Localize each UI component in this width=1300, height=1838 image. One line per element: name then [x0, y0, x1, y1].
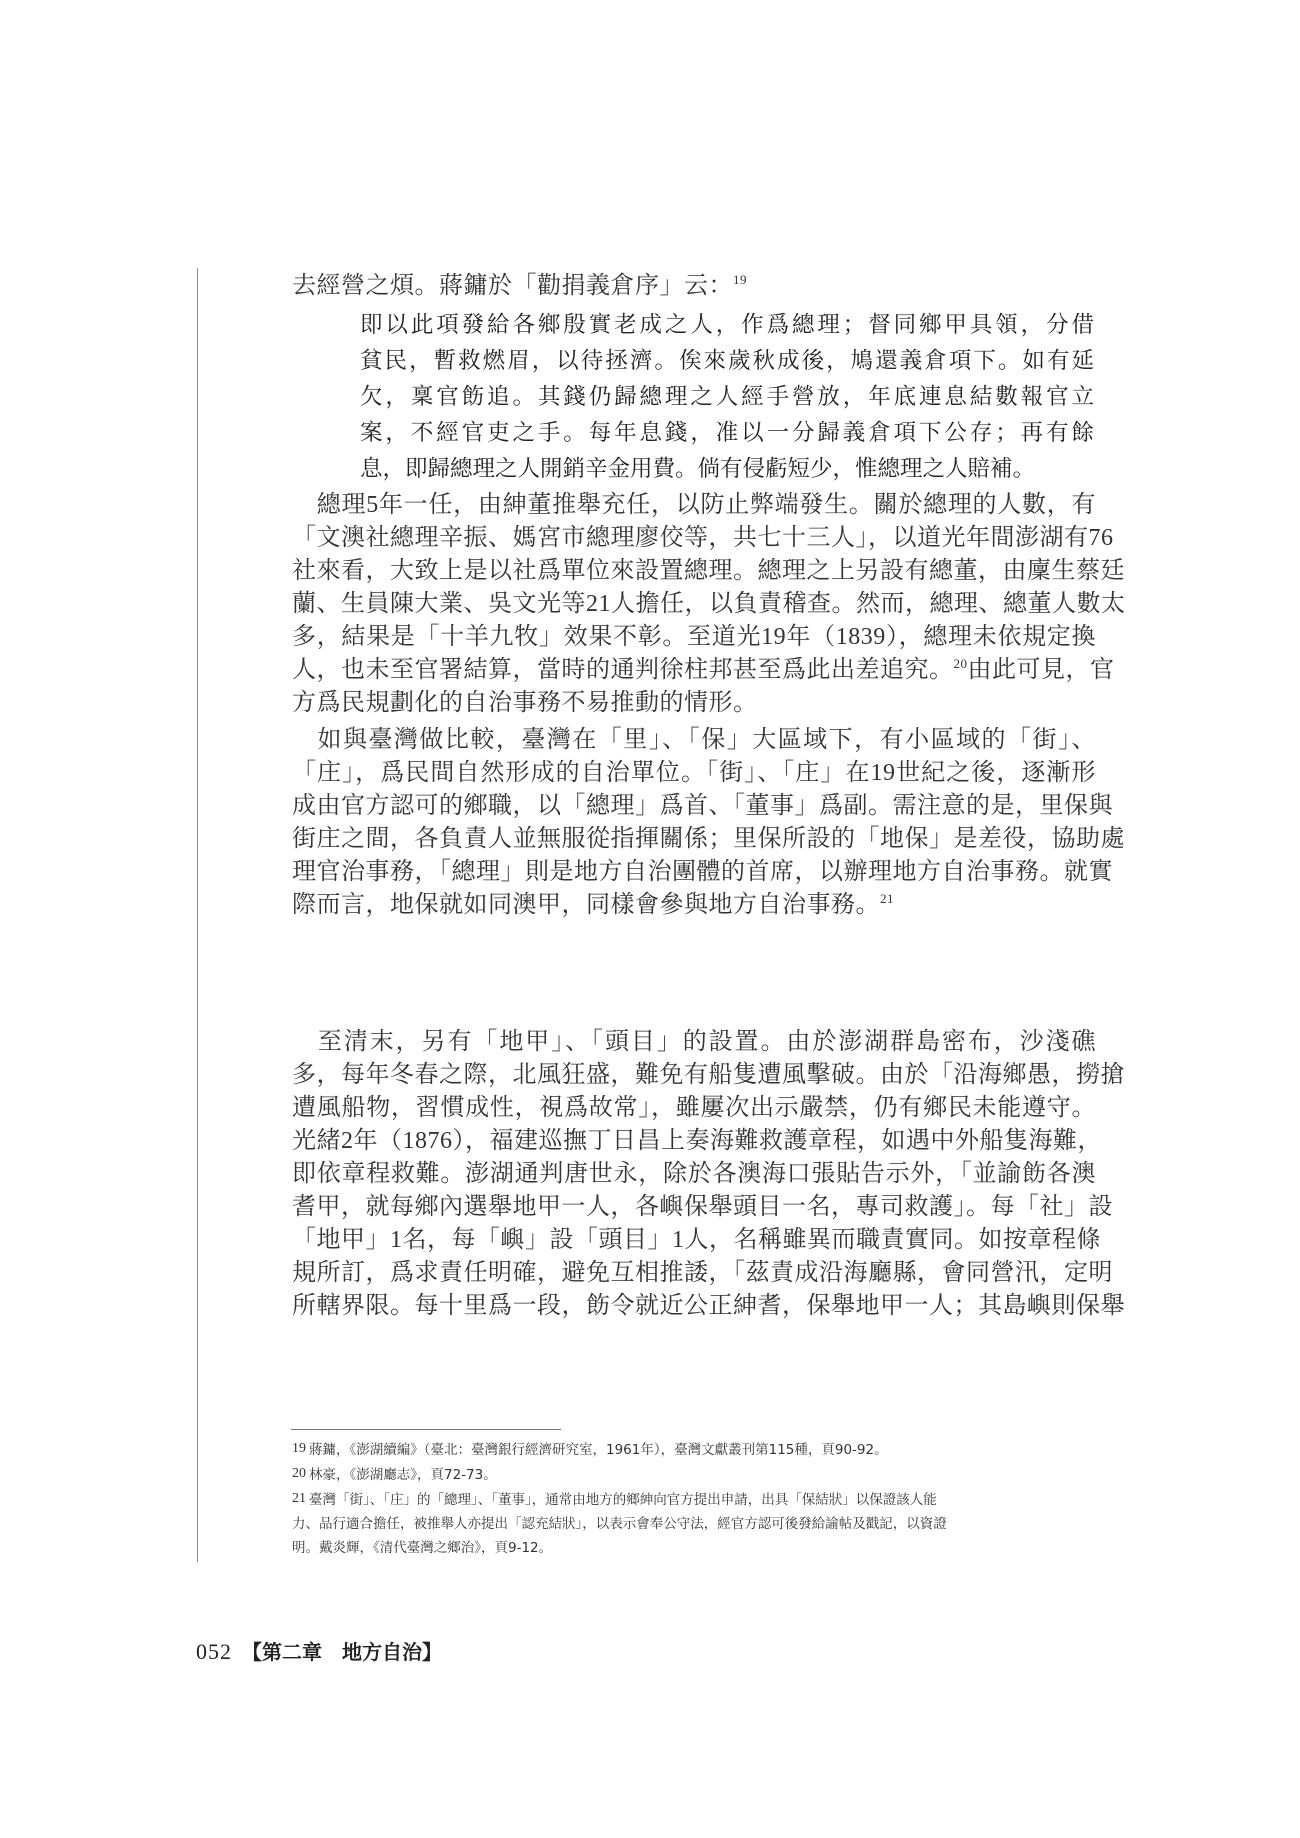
text-line: 理官治事務，「總理」則是地方自治團體的首席，以辦理地方自治事務。就實 [292, 856, 1096, 889]
text-line: 總理5年一任，由紳董推舉充任，以防止弊端發生。關於總理的人數，有 [292, 489, 1096, 522]
text-line: 所轄界限。每十里爲一段，飭令就近公正紳耆，保舉地甲一人；其島嶼則保舉 [292, 1290, 1096, 1323]
chapter-title: 【第二章 地方自治】 [242, 1642, 442, 1664]
text-line: 社來看，大致上是以社爲單位來設置總理。總理之上另設有總董，由廩生蔡廷 [292, 555, 1096, 588]
block-quote: 即以此項發給各鄉殷實老成之人，作爲總理；督同鄉甲具領，分借 貧民，暫救燃眉，以待… [360, 307, 1094, 487]
text-line: 如與臺灣做比較，臺灣在「里」、「保」大區域下，有小區域的「街」、 [292, 724, 1096, 757]
paragraph-3: 至清末，另有「地甲」、「頭目」的設置。由於澎湖群島密布，沙淺礁 多，每年冬春之際… [292, 1026, 1096, 1323]
text-line: 去經營之煩。蔣鏞於「勸捐義倉序」云：19 [292, 270, 1096, 303]
footnotes: 19蔣鏞，《澎湖續編》（臺北：臺灣銀行經濟研究室，1961年），臺灣文獻叢刊第1… [292, 1437, 1092, 1560]
text-line: 規所訂，爲求責任明確，避免互相推諉，「茲責成沿海廳縣，會同營汛，定明 [292, 1257, 1096, 1290]
footnote-ref-21[interactable]: 21 [880, 891, 894, 906]
quote-line: 息，即歸總理之人開銷辛金用費。倘有侵虧短少，惟總理之人賠補。 [360, 451, 1094, 487]
intro-paragraph: 去經營之煩。蔣鏞於「勸捐義倉序」云：19 [292, 270, 1096, 303]
text-line: 光緒2年（1876），福建巡撫丁日昌上奏海難救護章程，如遇中外船隻海難， [292, 1125, 1096, 1158]
text-line: 人，也未至官署結算，當時的通判徐柱邦甚至爲此出差追究。20由此可見，官 [292, 654, 1096, 687]
footnote-21-cont: 明。戴炎輝，《清代臺灣之鄉治》，頁9-12。 [292, 1536, 1092, 1560]
text-line: 「地甲」1名，每「嶼」設「頭目」1人，名稱雖異而職責實同。如按章程條 [292, 1224, 1096, 1257]
quote-line: 即以此項發給各鄉殷實老成之人，作爲總理；督同鄉甲具領，分借 [360, 307, 1094, 343]
text-line: 「文澳社總理辛振、媽宮市總理廖佼等，共七十三人」，以道光年間澎湖有76 [292, 522, 1096, 555]
text-line: 至清末，另有「地甲」、「頭目」的設置。由於澎湖群島密布，沙淺礁 [292, 1026, 1096, 1059]
paragraph-1: 總理5年一任，由紳董推舉充任，以防止弊端發生。關於總理的人數，有 「文澳社總理辛… [292, 489, 1096, 720]
footnote-ref-19[interactable]: 19 [733, 272, 747, 287]
text-line: 際而言，地保就如同澳甲，同樣會參與地方自治事務。21 [292, 889, 1096, 922]
text-line: 遭風船物，習慣成性，視爲故常」，雖屢次出示嚴禁，仍有鄉民未能遵守。 [292, 1092, 1096, 1125]
footnote-21: 21臺灣「街」、「庄」的「總理」、「董事」，通常由地方的鄉紳向官方提出申請，出具… [292, 1487, 1092, 1512]
footnote-21-cont: 力、品行適合擔任，被推舉人亦提出「認充結狀」，以表示會奉公守法，經官方認可後發給… [292, 1512, 1092, 1536]
text-line: 「庄」，爲民間自然形成的自治單位。「街」、「庄」在19世紀之後，逐漸形 [292, 757, 1096, 790]
text-line: 多，結果是「十羊九牧」效果不彰。至道光19年（1839），總理未依規定換 [292, 621, 1096, 654]
text-line: 方爲民規劃化的自治事務不易推動的情形。 [292, 687, 1096, 720]
margin-rule [197, 268, 198, 1562]
text-line: 成由官方認可的鄉職，以「總理」爲首、「董事」爲副。需注意的是，里保與 [292, 790, 1096, 823]
footnote-19: 19蔣鏞，《澎湖續編》（臺北：臺灣銀行經濟研究室，1961年），臺灣文獻叢刊第1… [292, 1437, 1092, 1462]
quote-line: 案，不經官吏之手。每年息錢，准以一分歸義倉項下公存；再有餘 [360, 415, 1094, 451]
text-line: 多，每年冬春之際，北風狂盛，難免有船隻遭風擊破。由於「沿海鄉愚，撈搶 [292, 1059, 1096, 1092]
page-footer: 052【第二章 地方自治】 [196, 1636, 442, 1665]
text-line: 耆甲，就每鄉內選舉地甲一人，各嶼保舉頭目一名，專司救護」。每「社」設 [292, 1191, 1096, 1224]
paragraph-2: 如與臺灣做比較，臺灣在「里」、「保」大區域下，有小區域的「街」、 「庄」，爲民間… [292, 724, 1096, 922]
quote-line: 貧民，暫救燃眉，以待拯濟。俟來歲秋成後，鳩還義倉項下。如有延 [360, 343, 1094, 379]
footnote-20: 20林豪，《澎湖廳志》，頁72-73。 [292, 1462, 1092, 1487]
page-number: 052 [196, 1639, 232, 1664]
footnote-divider [291, 1429, 561, 1430]
text-line: 即依章程救難。澎湖通判唐世永，除於各澳海口張貼告示外，「並諭飭各澳 [292, 1158, 1096, 1191]
text-line: 街庄之間，各負責人並無服從指揮關係；里保所設的「地保」是差役，協助處 [292, 823, 1096, 856]
footnote-ref-20[interactable]: 20 [954, 656, 968, 671]
quote-line: 欠，稟官飭追。其錢仍歸總理之人經手營放，年底連息結數報官立 [360, 379, 1094, 415]
text-line: 蘭、生員陳大業、吳文光等21人擔任，以負責稽查。然而，總理、總董人數太 [292, 588, 1096, 621]
